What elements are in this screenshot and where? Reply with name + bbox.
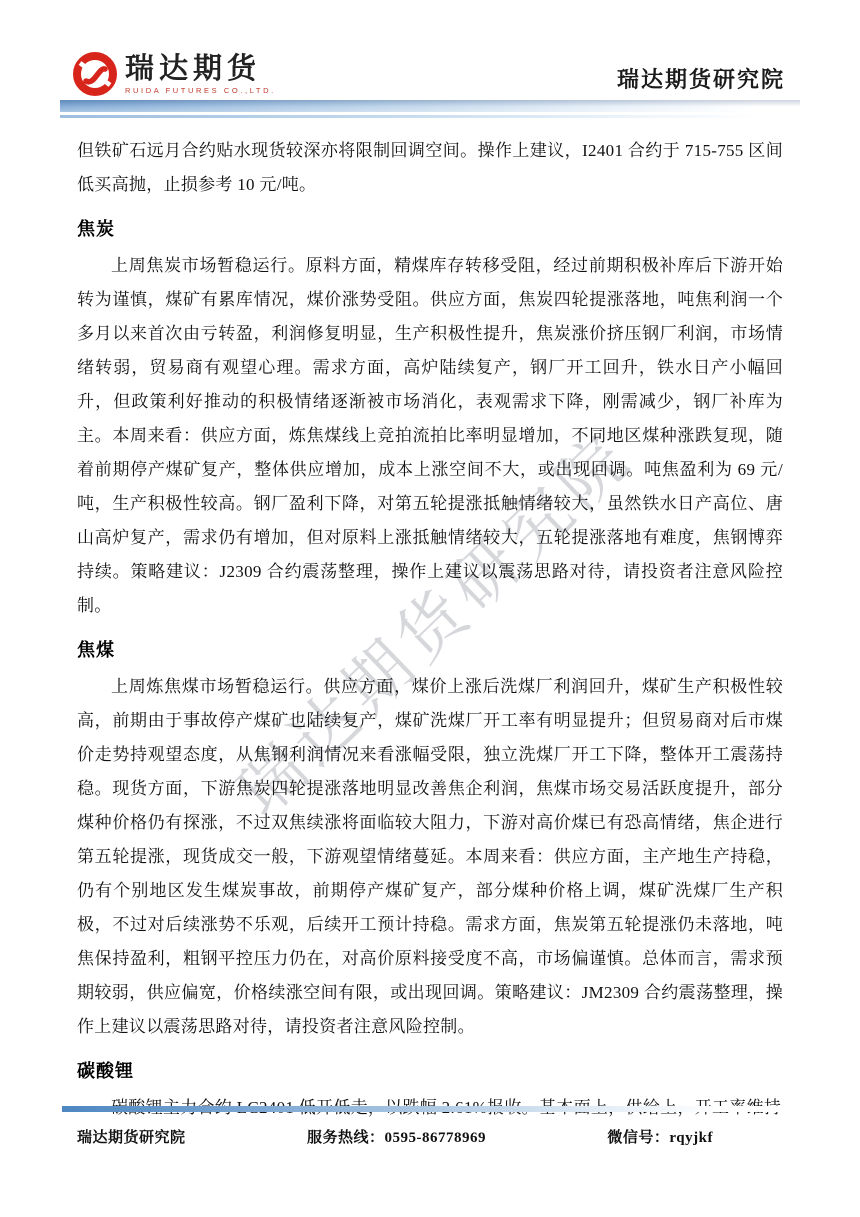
report-content: 但铁矿石远月合约贴水现货较深亦将限制回调空间。操作上建议，I2401 合约于 7… [0, 118, 860, 1125]
footer-hotline-number: 0595-86778969 [384, 1130, 486, 1146]
section-heading-coking-coal: 焦煤 [77, 638, 783, 662]
header: 瑞达期货 RUIDA FUTURES CO.,LTD. 瑞达期货研究院 [0, 0, 860, 100]
logo-text-block: 瑞达期货 RUIDA FUTURES CO.,LTD. [125, 54, 276, 95]
paragraph-coking-coal: 上周炼焦煤市场暂稳运行。供应方面，煤价上涨后洗煤厂利润回升，煤矿生产积极性较高，… [77, 670, 783, 1044]
page-title: 瑞达期货研究院 [617, 63, 785, 96]
section-heading-coke: 焦炭 [77, 217, 783, 241]
footer-hotline-label: 服务热线： [307, 1130, 385, 1146]
footer-wechat: 微信号：rqyjkf [607, 1126, 713, 1147]
paragraph-coke: 上周焦炭市场暂稳运行。原料方面，精煤库存转移受阻，经过前期积极补库后下游开始转为… [77, 249, 783, 623]
footer-hotline: 服务热线：0595-86778969 [307, 1126, 486, 1147]
ruida-logo-icon [73, 52, 117, 96]
paragraph-iron-ore-conclusion: 但铁矿石远月合约贴水现货较深亦将限制回调空间。操作上建议，I2401 合约于 7… [77, 134, 783, 202]
header-divider-bar [60, 100, 800, 112]
logo-brand-en: RUIDA FUTURES CO.,LTD. [125, 86, 276, 95]
footer-wechat-label: 微信号： [607, 1130, 669, 1146]
header-divider-thin-line [60, 115, 800, 118]
footer-row: 瑞达期货研究院 服务热线：0595-86778969 微信号：rqyjkf [0, 1112, 860, 1147]
footer: 瑞达期货研究院 服务热线：0595-86778969 微信号：rqyjkf [0, 1106, 860, 1147]
company-logo: 瑞达期货 RUIDA FUTURES CO.,LTD. [73, 52, 276, 96]
footer-institute-name: 瑞达期货研究院 [77, 1126, 186, 1147]
footer-wechat-id: rqyjkf [669, 1130, 713, 1146]
logo-brand-cn: 瑞达期货 [125, 54, 276, 84]
document-page: 瑞达期货研究院 瑞达期货 RUIDA FUTURES CO.,LTD. 瑞达期货… [0, 0, 860, 1217]
section-heading-lithium-carbonate: 碳酸锂 [77, 1059, 783, 1083]
